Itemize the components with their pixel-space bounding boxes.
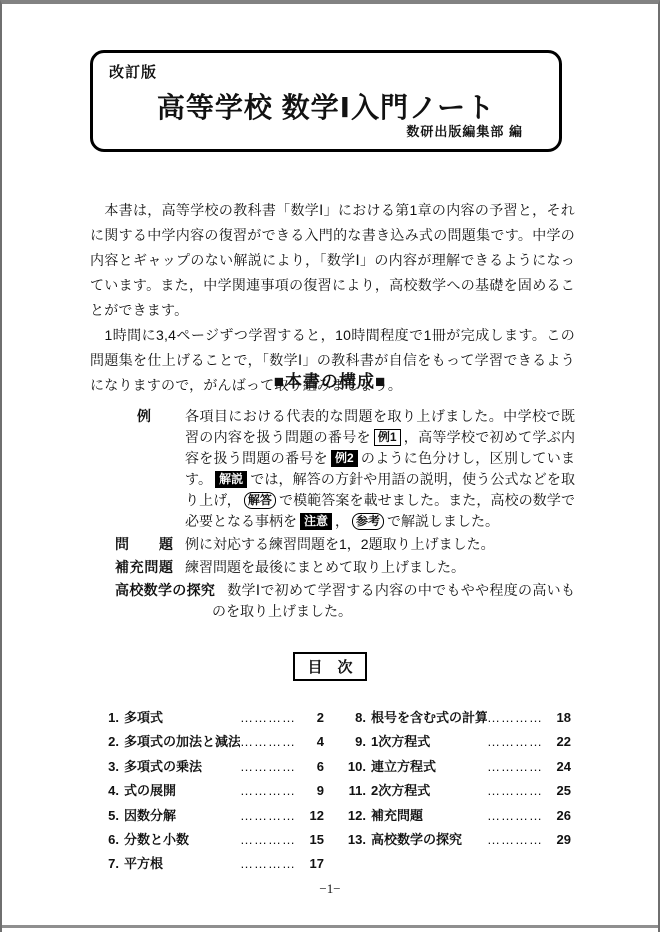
toc-item-number: 8. (344, 706, 366, 730)
document-page: 改訂版 高等学校 数学Ⅰ入門ノート 数研出版編集部 編 本書は，高等学校の教科書… (0, 0, 660, 932)
toc-column-right: 8.根号を含む式の計算…………18 9.1次方程式…………22 10.連立方程式… (344, 706, 571, 877)
text-segment: ， (335, 513, 349, 529)
toc-item-page: 26 (545, 804, 571, 828)
toc-item-title: 1次方程式 (371, 730, 487, 754)
toc-item-title: 高校数学の探究 (371, 828, 487, 852)
toc-item: 10.連立方程式…………24 (344, 755, 571, 779)
toc-item-title: 2次方程式 (371, 779, 487, 803)
toc-item-title: 平方根 (124, 852, 240, 876)
table-of-contents: 1.多項式…………2 2.多項式の加法と減法…………4 3.多項式の乗法…………… (97, 706, 571, 877)
title-box: 改訂版 高等学校 数学Ⅰ入門ノート 数研出版編集部 編 (90, 50, 562, 152)
toc-item-number: 6. (97, 828, 119, 852)
row-text-mondai: 例に対応する練習問題を1，2題取り上げました。 (185, 534, 575, 555)
text-segment: で解説しました。 (387, 513, 499, 529)
toc-item-title: 補充問題 (371, 804, 487, 828)
toc-item-page: 25 (545, 779, 571, 803)
row-label-mondai: 問 題 (115, 534, 173, 555)
toc-item: 8.根号を含む式の計算…………18 (344, 706, 571, 730)
toc-item-title: 多項式の加法と減法 (124, 730, 240, 754)
example2-badge: 例2 (331, 450, 358, 467)
toc-leader-dots: ………… (487, 730, 545, 754)
toc-heading-wrap: 目 次 (2, 652, 658, 681)
toc-leader-dots: ………… (240, 804, 298, 828)
row-label-example: 例 (115, 406, 173, 532)
toc-item-number: 7. (97, 852, 119, 876)
toc-leader-dots: ………… (240, 755, 298, 779)
toc-leader-dots: ………… (487, 804, 545, 828)
kaisetsu-badge: 解説 (215, 471, 247, 488)
toc-item-page: 18 (545, 706, 571, 730)
row-text-tankyu: 数学Ⅰで初めて学習する内容の中でもやや程度の高いものを取り上げました。 (212, 582, 575, 619)
editor-credit: 数研出版編集部 編 (406, 121, 523, 140)
toc-item-page: 22 (545, 730, 571, 754)
toc-item-title: 因数分解 (124, 804, 240, 828)
toc-item-page: 2 (298, 706, 324, 730)
structure-row-tankyu: 高校数学の探究数学Ⅰで初めて学習する内容の中でもやや程度の高いものを取り上げまし… (212, 580, 575, 622)
toc-item: 9.1次方程式…………22 (344, 730, 571, 754)
intro-paragraph-1: 本書は，高等学校の教科書「数学Ⅰ」における第1章の内容の予習と，それに関する中学… (90, 198, 575, 323)
toc-item-title: 分数と小数 (124, 828, 240, 852)
example1-badge: 例1 (374, 429, 401, 446)
toc-item-number: 3. (97, 755, 119, 779)
toc-heading: 目 次 (293, 652, 366, 681)
row-text-hoju: 練習問題を最後にまとめて取り上げました。 (185, 557, 575, 578)
toc-item: 12.補充問題…………26 (344, 804, 571, 828)
toc-leader-dots: ………… (487, 706, 545, 730)
toc-column-left: 1.多項式…………2 2.多項式の加法と減法…………4 3.多項式の乗法…………… (97, 706, 324, 877)
structure-row-mondai: 問 題 例に対応する練習問題を1，2題取り上げました。 (115, 534, 575, 555)
structure-row-example: 例 各項目における代表的な問題を取り上げました。中学校で既習の内容を扱う問題の番… (115, 406, 575, 532)
toc-item-number: 9. (344, 730, 366, 754)
sankou-badge: 参考 (352, 513, 384, 530)
toc-item-number: 4. (97, 779, 119, 803)
toc-item-number: 1. (97, 706, 119, 730)
toc-item: 2.多項式の加法と減法…………4 (97, 730, 324, 754)
toc-item: 4.式の展開…………9 (97, 779, 324, 803)
toc-item: 13.高校数学の探究…………29 (344, 828, 571, 852)
toc-item-number: 10. (344, 755, 366, 779)
toc-item-number: 12. (344, 804, 366, 828)
row-text-example: 各項目における代表的な問題を取り上げました。中学校で既習の内容を扱う問題の番号を… (185, 406, 575, 532)
toc-item: 5.因数分解…………12 (97, 804, 324, 828)
toc-item-title: 連立方程式 (371, 755, 487, 779)
toc-item-number: 11. (344, 779, 366, 803)
chui-badge: 注意 (300, 513, 332, 530)
toc-leader-dots: ………… (487, 755, 545, 779)
toc-leader-dots: ………… (487, 828, 545, 852)
toc-item-number: 13. (344, 828, 366, 852)
toc-item: 7.平方根…………17 (97, 852, 324, 876)
toc-leader-dots: ………… (240, 779, 298, 803)
structure-row-hoju: 補充問題 練習問題を最後にまとめて取り上げました。 (115, 557, 575, 578)
toc-item-title: 多項式の乗法 (124, 755, 240, 779)
row-label-tankyu: 高校数学の探究 (115, 582, 215, 598)
toc-item-page: 17 (298, 852, 324, 876)
structure-heading: ■本書の構成■ (2, 367, 658, 392)
toc-leader-dots: ………… (240, 706, 298, 730)
toc-item: 6.分数と小数…………15 (97, 828, 324, 852)
toc-leader-dots: ………… (240, 852, 298, 876)
toc-item-page: 6 (298, 755, 324, 779)
toc-item-page: 15 (298, 828, 324, 852)
edition-label: 改訂版 (109, 61, 157, 82)
toc-leader-dots: ………… (240, 730, 298, 754)
toc-leader-dots: ………… (487, 779, 545, 803)
toc-leader-dots: ………… (240, 828, 298, 852)
kaitou-badge: 解答 (244, 492, 276, 509)
toc-item-page: 9 (298, 779, 324, 803)
toc-item: 11.2次方程式…………25 (344, 779, 571, 803)
row-label-hoju: 補充問題 (115, 557, 173, 578)
toc-item-title: 多項式 (124, 706, 240, 730)
toc-item-page: 4 (298, 730, 324, 754)
toc-item: 3.多項式の乗法…………6 (97, 755, 324, 779)
toc-item-number: 5. (97, 804, 119, 828)
toc-item-title: 式の展開 (124, 779, 240, 803)
toc-item-page: 24 (545, 755, 571, 779)
toc-item: 1.多項式…………2 (97, 706, 324, 730)
book-title: 高等学校 数学Ⅰ入門ノート (93, 86, 559, 126)
structure-section: 例 各項目における代表的な問題を取り上げました。中学校で既習の内容を扱う問題の番… (115, 406, 575, 622)
toc-item-page: 29 (545, 828, 571, 852)
toc-item-title: 根号を含む式の計算 (371, 706, 487, 730)
toc-item-page: 12 (298, 804, 324, 828)
page-number: −1− (2, 881, 658, 897)
toc-item-number: 2. (97, 730, 119, 754)
